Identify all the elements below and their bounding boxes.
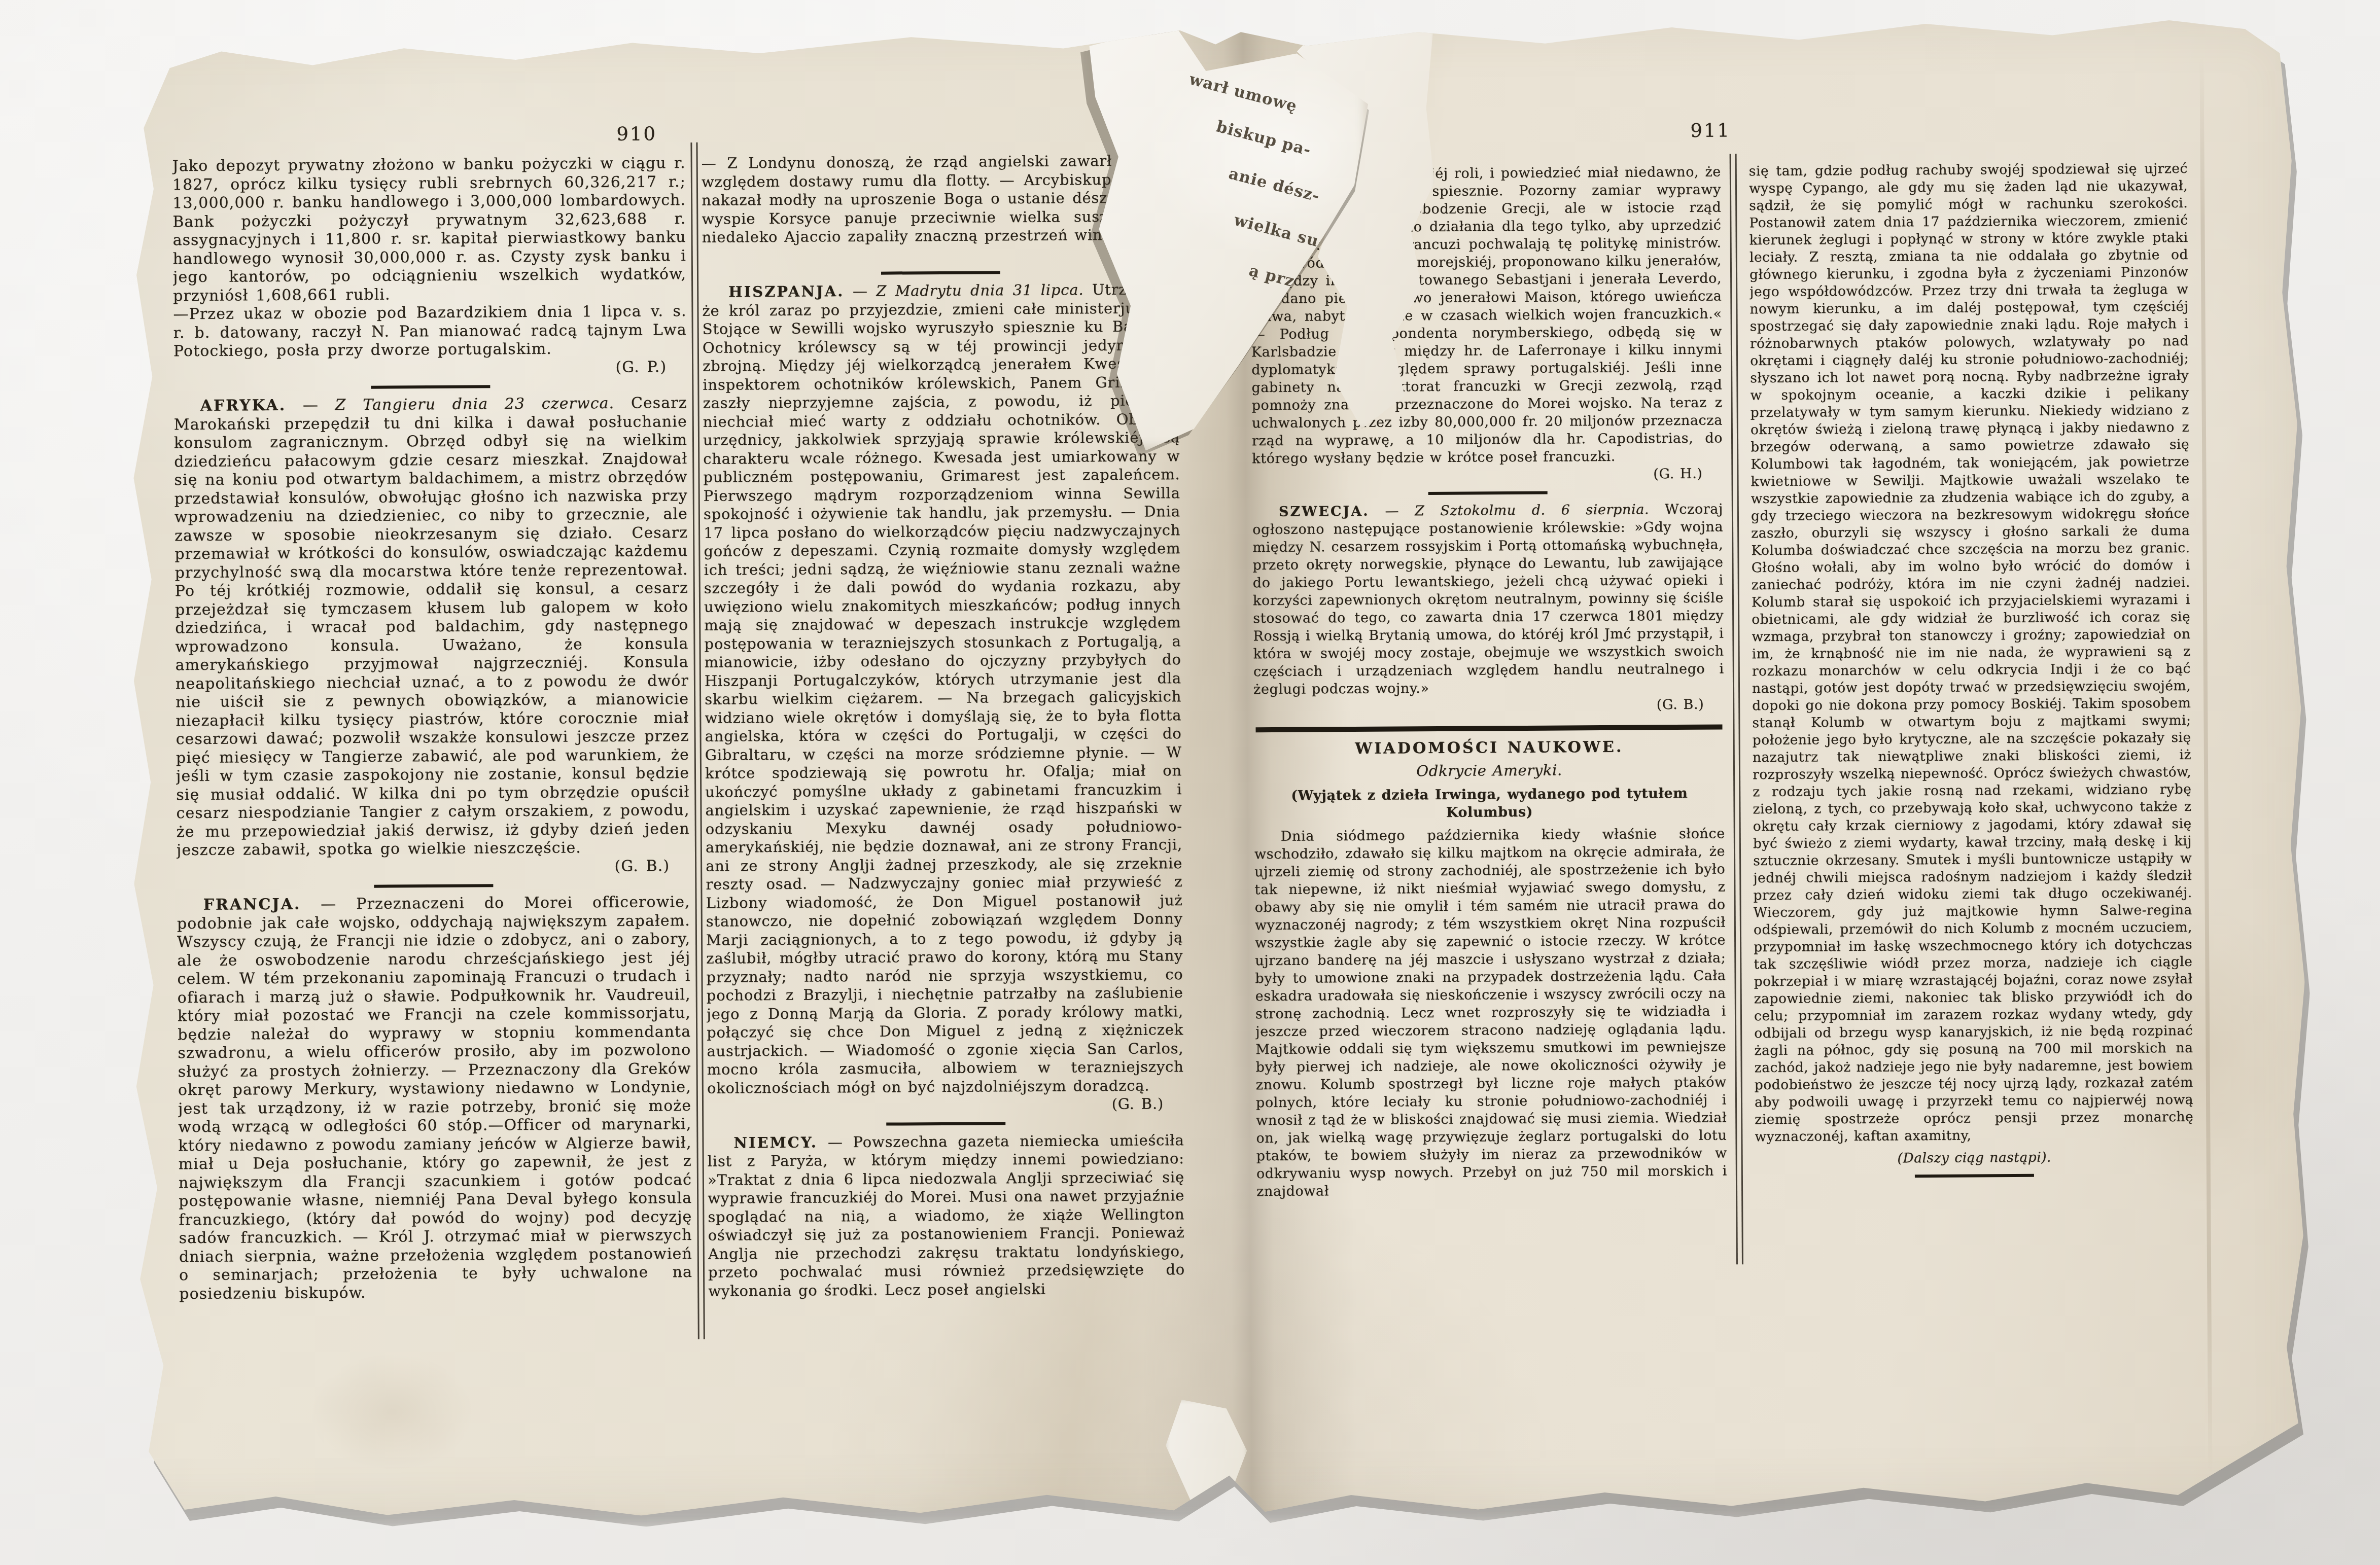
article-heading: SZWECJA. bbox=[1279, 504, 1370, 520]
paragraph: —Przez ukaz w obozie pod Bazardzikiem dn… bbox=[173, 302, 687, 361]
article: AFRYKA. — Z Tangieru dnia 23 czerwca. Ce… bbox=[173, 394, 690, 889]
article-separator-rule bbox=[374, 884, 493, 887]
paragraph: SZWECJA. — Z Sztokolmu d. 6 sierpnia. Wc… bbox=[1252, 501, 1724, 699]
article-dateline: Z Sztokolmu d. 6 sierpnia. bbox=[1415, 502, 1649, 519]
newspaper-spread: 910 911 Jako depozyt prywatny złożono w … bbox=[49, 8, 2320, 1531]
paragraph-text: Jako depozyt prywatny złożono w banku po… bbox=[172, 154, 687, 305]
page-number-right: 911 bbox=[1690, 119, 1731, 141]
article: WIADOMOŚCI NAUKOWE.Odkrycie Ameryki.(Wyj… bbox=[1253, 724, 1727, 1200]
flap-text-fragment: anie dész- bbox=[1227, 164, 1321, 205]
article-separator-rule bbox=[886, 1122, 1005, 1125]
flap-text-fragment: biskup pa- bbox=[1214, 117, 1313, 159]
article: NIEMCY. — Powszechna gazeta niemiecka um… bbox=[707, 1131, 1185, 1300]
paragraph: Dnia siódmego października kiedy właśnie… bbox=[1254, 825, 1727, 1200]
paragraph: HISZPANJA. — Z Madrytu dnia 31 lipca. Ut… bbox=[702, 280, 1184, 1097]
article-heading: AFRYKA. bbox=[200, 397, 286, 415]
article-heading: NIEMCY. bbox=[733, 1133, 818, 1151]
paragraph: Jako depozyt prywatny złożono w banku po… bbox=[172, 154, 687, 305]
paragraph-text: —Przez ukaz w obozie pod Bazardzikiem dn… bbox=[173, 302, 686, 360]
column-divider-right-page bbox=[1730, 154, 1743, 1264]
column-left-page-2: — Z Londynu donoszą, że rząd angielski z… bbox=[702, 151, 1185, 1356]
article-separator-rule bbox=[371, 385, 490, 388]
article-separator-rule bbox=[881, 271, 1000, 274]
article: Jako depozyt prywatny złożono w banku po… bbox=[172, 154, 687, 390]
article: HISZPANJA. — Z Madrytu dnia 31 lipca. Ut… bbox=[702, 280, 1184, 1126]
page-number-left: 910 bbox=[616, 123, 657, 145]
column-right-page-2: się tam, gdzie podług rachuby swojéj spo… bbox=[1749, 160, 2194, 1253]
paragraph-text: się tam, gdzie podług rachuby swojéj spo… bbox=[1749, 161, 2194, 1145]
paragraph-text: Przeznaczeni do Morei officerowie, podob… bbox=[177, 893, 692, 1303]
column-left-page-1: Jako depozyt prywatny złożono w banku po… bbox=[172, 154, 693, 1308]
article: się tam, gdzie podług rachuby swojéj spo… bbox=[1749, 160, 2194, 1179]
signature: (G. H.) bbox=[1252, 465, 1723, 486]
article-dateline: Z Madrytu dnia 31 lipca. bbox=[876, 281, 1083, 299]
paragraph: FRANCJA. — Przeznaczeni do Morei officer… bbox=[177, 893, 692, 1303]
section-note: (Wyjątek z dzieła Irwinga, wydanego pod … bbox=[1254, 784, 1725, 823]
article-heading: HISZPANJA. bbox=[728, 282, 844, 300]
section-subtitle: Odkrycie Ameryki. bbox=[1254, 760, 1725, 781]
signature: (G. P.) bbox=[173, 358, 687, 379]
article: SZWECJA. — Z Sztokolmu d. 6 sierpnia. Wc… bbox=[1252, 501, 1725, 717]
paragraph: NIEMCY. — Powszechna gazeta niemiecka um… bbox=[707, 1131, 1185, 1300]
column-right-page-1: nie odgrywa dobrze swojéj roli, i powied… bbox=[1250, 163, 1728, 1254]
signature: (G. B.) bbox=[707, 1094, 1184, 1116]
section-title: WIADOMOŚCI NAUKOWE. bbox=[1254, 737, 1725, 758]
article-dateline: Z Tangieru dnia 23 czerwca. bbox=[335, 395, 614, 414]
paragraph-text: Utrzymują, że król zaraz po przyjezdzie,… bbox=[702, 280, 1183, 1096]
flap-text-fragment: wielka su- bbox=[1232, 211, 1327, 253]
paragraph-text: Powszechna gazeta niemiecka umieściła li… bbox=[708, 1131, 1185, 1300]
newspaper-paper: 910 911 Jako depozyt prywatny złożono w … bbox=[49, 8, 2320, 1523]
to-be-continued: (Dalszy ciąg nastąpi). bbox=[1755, 1148, 2194, 1168]
section-rule bbox=[1255, 725, 1722, 733]
paragraph-text: Wczoraj ogłoszono następujące postanowie… bbox=[1252, 502, 1724, 698]
paragraph: AFRYKA. — Z Tangieru dnia 23 czerwca. Ce… bbox=[173, 394, 690, 860]
signature: (G. B.) bbox=[177, 857, 690, 878]
paragraph-text: Cesarz Marokański przepędził tu dni kilk… bbox=[174, 394, 690, 859]
article-separator-rule bbox=[1428, 491, 1547, 495]
paper-stain bbox=[275, 1328, 509, 1497]
paragraph-text: Dnia siódmego października kiedy właśnie… bbox=[1254, 826, 1727, 1199]
flap-text-fragment: warł umowę bbox=[1187, 70, 1299, 116]
article-heading: FRANCJA. bbox=[203, 896, 301, 914]
paragraph: się tam, gdzie podług rachuby swojéj spo… bbox=[1749, 160, 2194, 1146]
article: FRANCJA. — Przeznaczeni do Morei officer… bbox=[177, 893, 692, 1303]
article-separator-rule bbox=[1915, 1174, 2034, 1178]
signature: (G. B.) bbox=[1253, 695, 1724, 716]
